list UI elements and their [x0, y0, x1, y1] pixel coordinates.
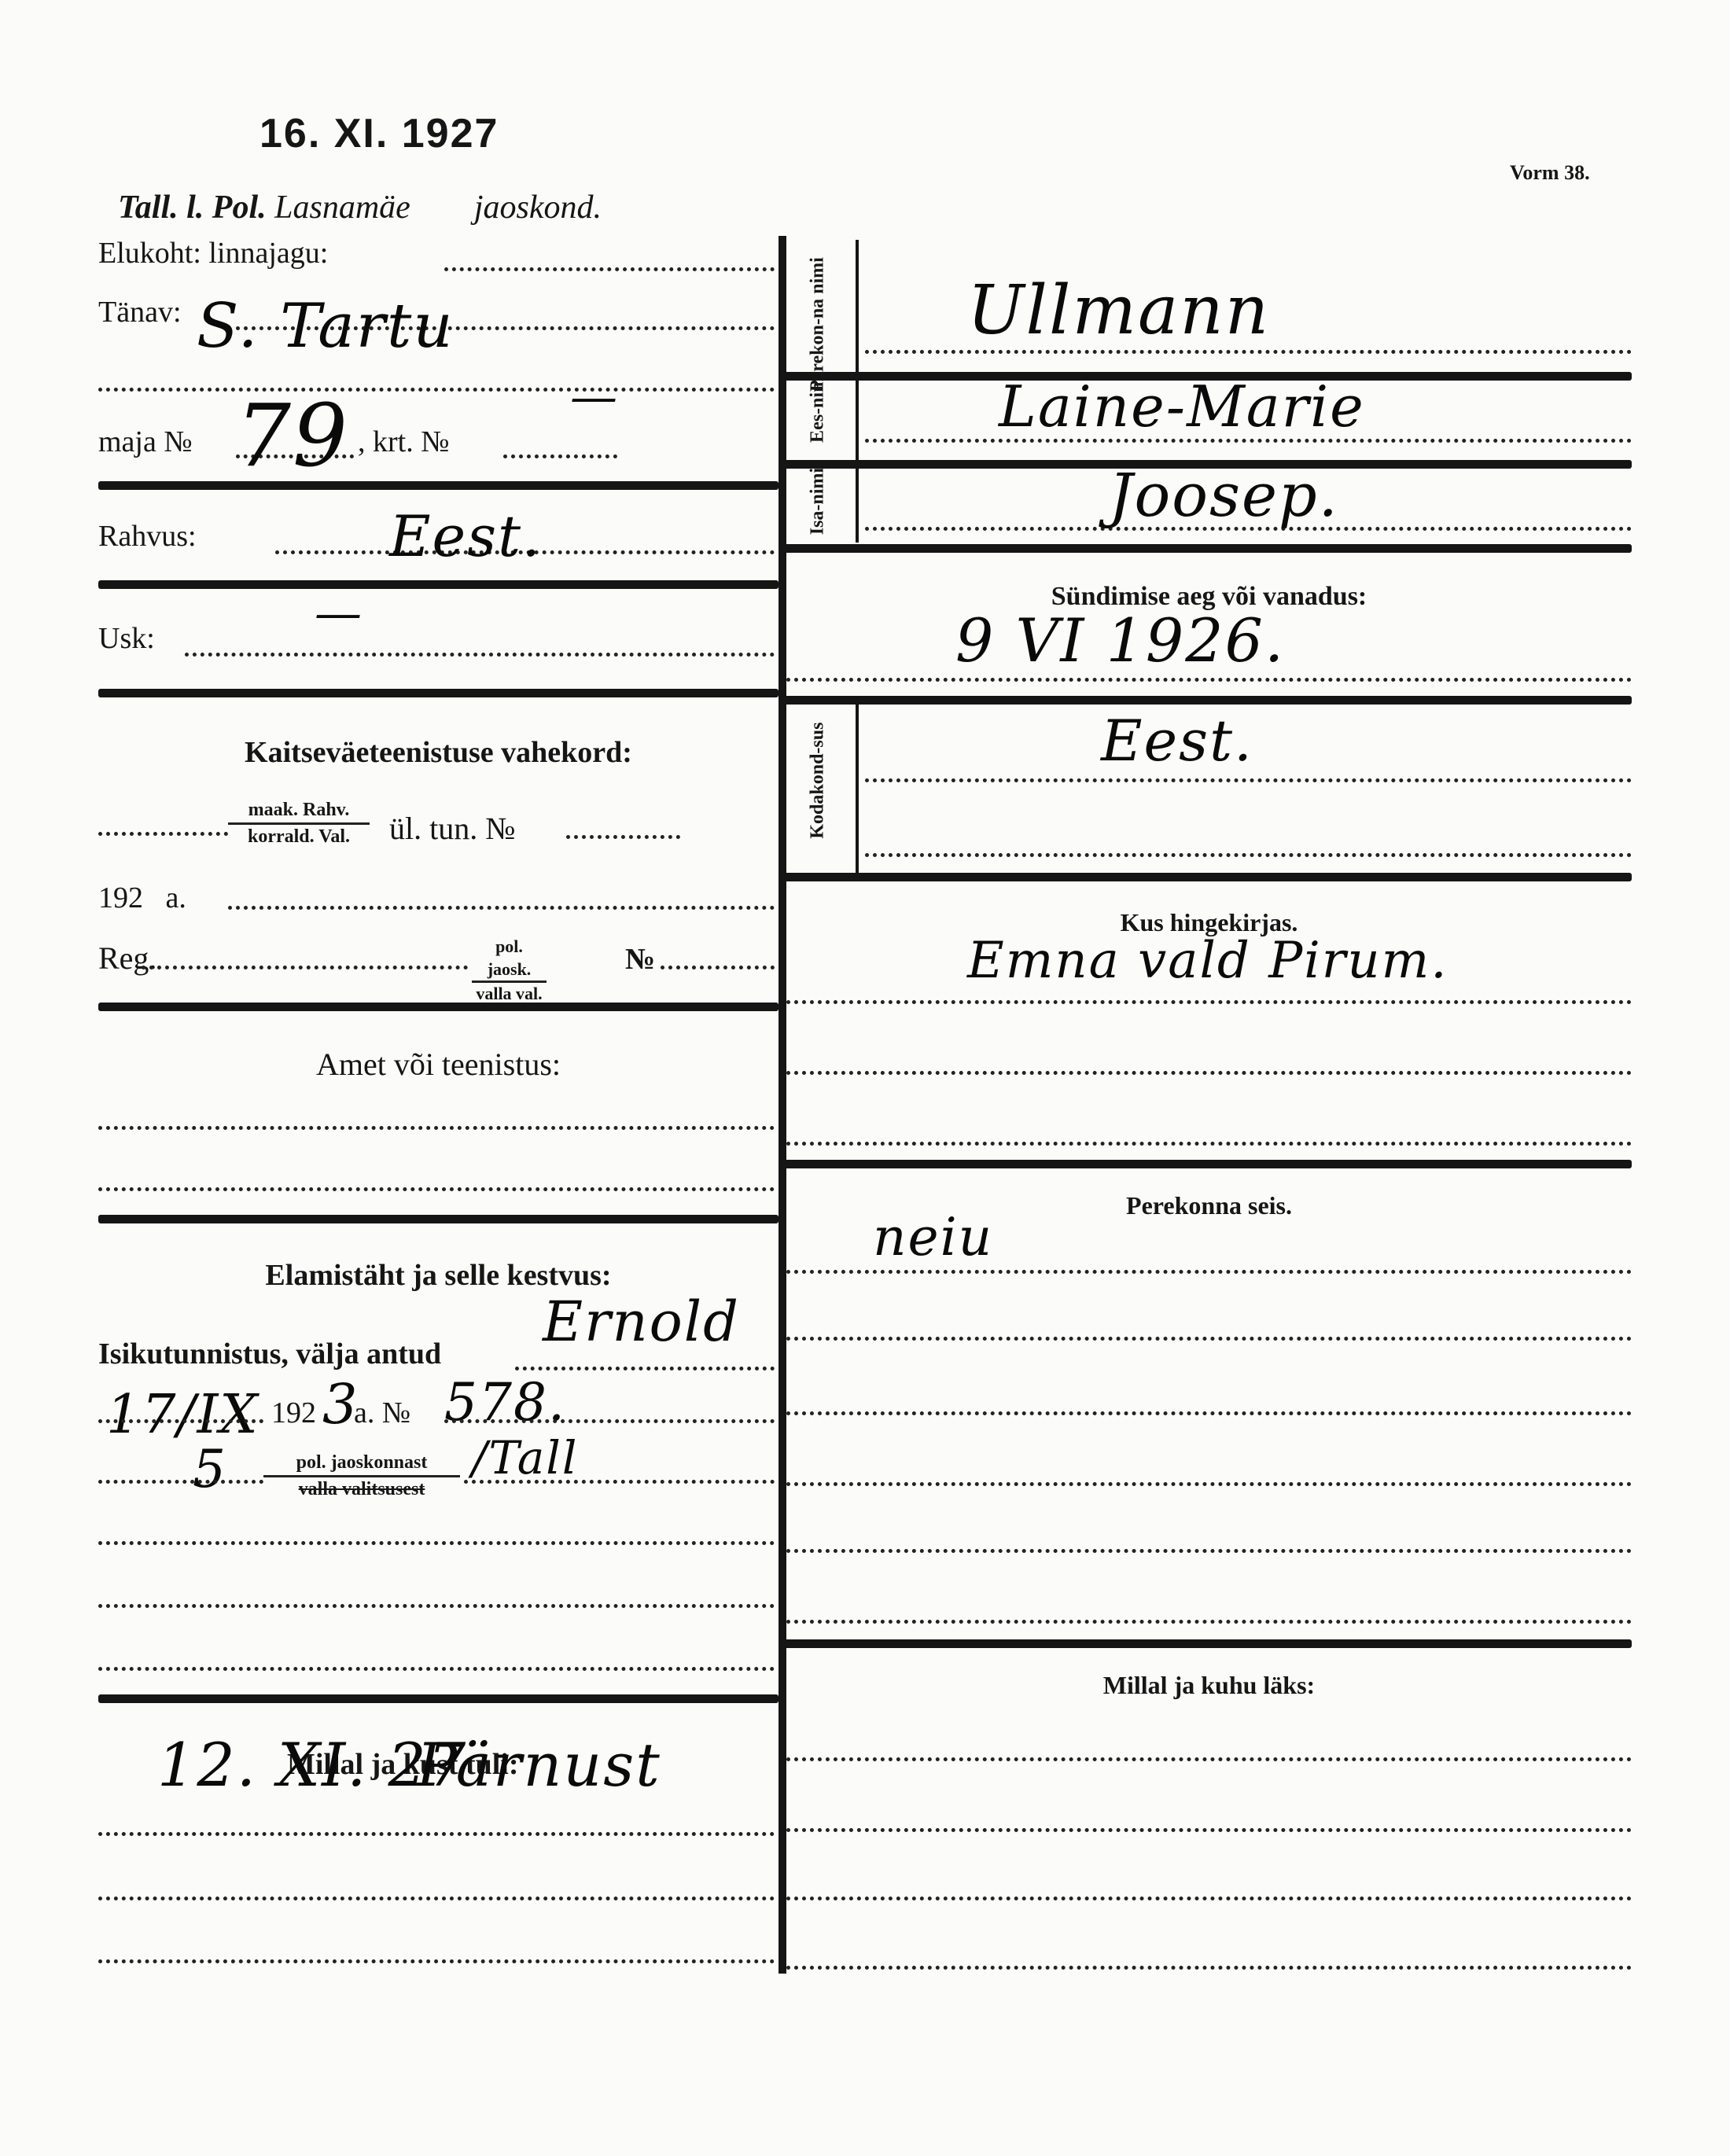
- citizenship-label: Kodakond-sus: [808, 714, 827, 848]
- id-sub-value: 5: [193, 1439, 227, 1499]
- divider: [782, 1639, 1632, 1648]
- registry-field-1[interactable]: [786, 1000, 1632, 1004]
- divider: [98, 481, 778, 490]
- divider: [98, 1215, 778, 1223]
- divider: [98, 1003, 778, 1011]
- residence-permit-field-1[interactable]: [98, 1541, 775, 1545]
- religion-field[interactable]: [185, 653, 775, 657]
- apartment-field[interactable]: [503, 454, 617, 458]
- family-status-field-3[interactable]: [786, 1411, 1632, 1415]
- street-value: S. Tartu: [197, 291, 455, 362]
- military-office-field[interactable]: [566, 835, 680, 839]
- divider: [98, 1694, 778, 1703]
- occupation-field-2[interactable]: [98, 1187, 775, 1191]
- military-reg-fraction: pol. jaosk. valla val.: [472, 936, 547, 1006]
- divider: [98, 689, 778, 697]
- registry-field-2[interactable]: [786, 1071, 1632, 1075]
- birth-field[interactable]: [786, 678, 1632, 682]
- id-number-value: 578.: [444, 1372, 566, 1433]
- label-box-divider: [856, 240, 859, 543]
- family-status-field-4[interactable]: [786, 1482, 1632, 1486]
- arrival-field-3[interactable]: [98, 1959, 775, 1963]
- military-reg-field[interactable]: [142, 966, 468, 969]
- issuer-fraction: pol. jaoskonnast valla valitsusest: [263, 1451, 460, 1502]
- family-status-value: neiu: [873, 1207, 993, 1267]
- form-number: Vorm 38.: [1510, 161, 1590, 185]
- id-number-field[interactable]: [444, 1419, 775, 1423]
- divider: [782, 1160, 1632, 1168]
- military-year-label: 192 a.: [98, 881, 186, 915]
- arrival-field-2[interactable]: [98, 1897, 775, 1900]
- birth-value: 9 VI 1926.: [955, 605, 1285, 675]
- religion-label: Usk:: [98, 621, 155, 656]
- apartment-label: , krt. №: [358, 425, 449, 459]
- issuer-field-left[interactable]: [98, 1480, 263, 1484]
- district-name: Lasnamäe: [274, 189, 410, 226]
- district-prefix: Tall. l. Pol.: [118, 189, 267, 226]
- departure-field-3[interactable]: [786, 1897, 1632, 1900]
- surname-field[interactable]: [865, 350, 1632, 354]
- patronymic-label: Isa-nimi: [808, 458, 827, 545]
- divider: [782, 696, 1632, 705]
- house-label: maja №: [98, 425, 193, 459]
- house-number-value: 79: [236, 385, 349, 486]
- id-number-label: a. №: [354, 1396, 410, 1430]
- id-issued-field[interactable]: [515, 1367, 775, 1370]
- departure-field-2[interactable]: [786, 1828, 1632, 1832]
- surname-value: Ullmann: [967, 271, 1270, 350]
- first-name-label: Ees-nimi: [808, 360, 827, 454]
- family-status-field-2[interactable]: [786, 1337, 1632, 1341]
- military-reg-number-label: №: [625, 942, 655, 977]
- issuer-value: /Tall: [472, 1431, 578, 1485]
- id-card-label: Isikutunnistus, välja antud: [98, 1337, 441, 1371]
- district-line: Tall. l. Pol. Lasnamäe jaoskond.: [118, 189, 602, 226]
- occupation-field-1[interactable]: [98, 1126, 775, 1130]
- residence-permit-heading: Elamistäht ja selle kestvus:: [98, 1258, 778, 1293]
- first-name-value: Laine-Marie: [999, 373, 1365, 440]
- military-reg-label: Reg.: [98, 940, 156, 977]
- citizenship-value: Eest.: [1101, 708, 1253, 774]
- residence-permit-field-3[interactable]: [98, 1667, 775, 1671]
- departure-field-4[interactable]: [786, 1966, 1632, 1970]
- military-district-field[interactable]: [98, 832, 228, 836]
- religion-value: —: [315, 586, 363, 641]
- column-divider: [778, 236, 786, 1974]
- citizenship-field-2[interactable]: [865, 853, 1632, 857]
- patronymic-value: Joosep.: [1109, 460, 1339, 530]
- registry-value: Emna vald Pirum.: [967, 932, 1448, 990]
- occupation-heading: Amet või teenistus:: [98, 1046, 778, 1083]
- residence-label: Elukoht: linnajagu:: [98, 236, 328, 270]
- district-suffix: jaoskond.: [474, 189, 602, 226]
- nationality-value: Eest.: [389, 503, 542, 569]
- street-field-2[interactable]: [98, 388, 775, 392]
- departure-field-1[interactable]: [786, 1757, 1632, 1761]
- id-year-prefix: 192: [271, 1396, 316, 1430]
- divider: [782, 873, 1632, 881]
- id-date-field[interactable]: [98, 1419, 263, 1423]
- apartment-value: —: [570, 370, 619, 425]
- family-status-field-1[interactable]: [786, 1270, 1632, 1274]
- divider: [98, 580, 778, 589]
- divider: [782, 544, 1632, 553]
- registry-field-3[interactable]: [786, 1142, 1632, 1146]
- residence-field[interactable]: [444, 267, 775, 271]
- military-year-field[interactable]: [228, 906, 775, 910]
- label-box-divider: [856, 704, 859, 873]
- family-status-field-6[interactable]: [786, 1620, 1632, 1624]
- military-fraction: maak. Rahv. korrald. Val.: [228, 798, 370, 849]
- residence-permit-field-2[interactable]: [98, 1604, 775, 1608]
- citizenship-field-1[interactable]: [865, 778, 1632, 782]
- military-service-heading: Kaitseväeteenistuse vahekord:: [98, 735, 778, 770]
- date-stamp: 16. XI. 1927: [259, 110, 499, 157]
- military-reg-number-field[interactable]: [661, 966, 775, 969]
- departure-heading: Millal ja kuhu läks:: [786, 1671, 1632, 1700]
- family-status-field-5[interactable]: [786, 1549, 1632, 1553]
- nationality-label: Rahvus:: [98, 519, 197, 554]
- street-label: Tänav:: [98, 295, 182, 329]
- id-issued-value: Ernold: [543, 1290, 740, 1354]
- arrival-place-value: Pärnust: [417, 1730, 661, 1800]
- arrival-field-1[interactable]: [98, 1832, 775, 1836]
- id-date-value: 17/IX: [106, 1384, 259, 1446]
